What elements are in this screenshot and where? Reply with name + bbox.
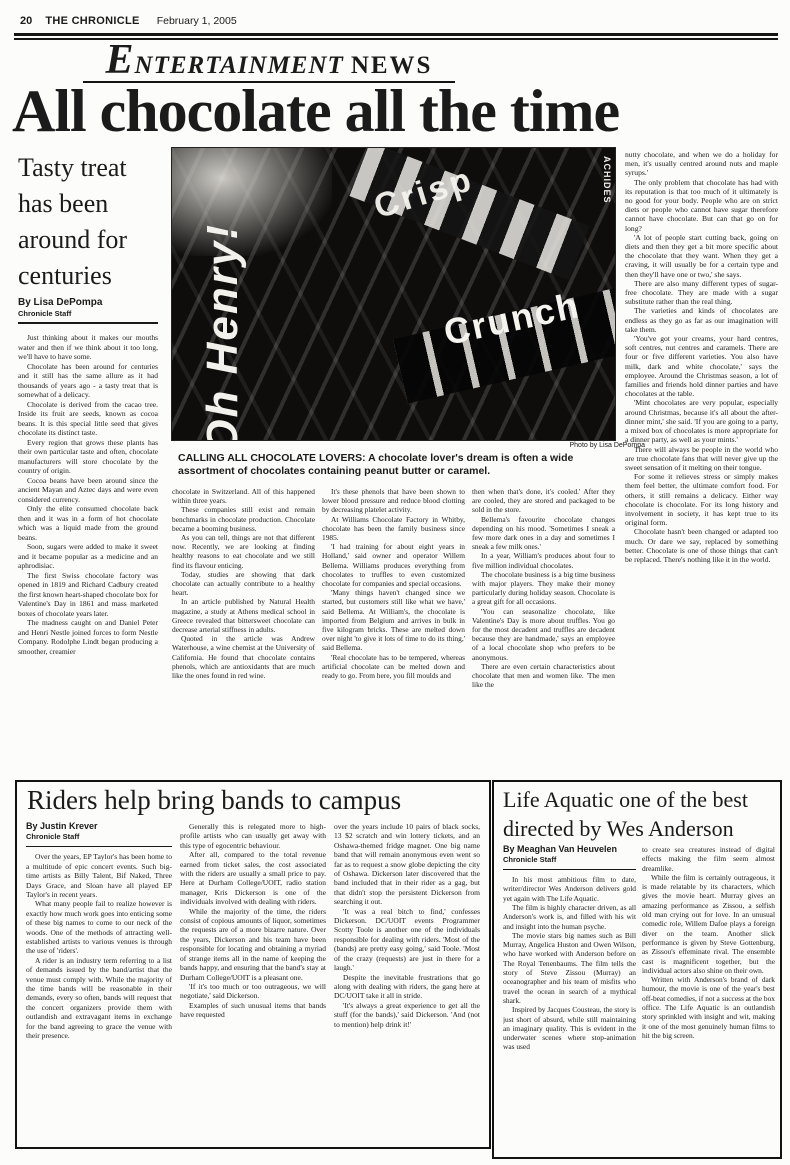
section-banner: ENTERTAINMENTNEWS — [83, 40, 455, 83]
byline-rule — [26, 846, 172, 848]
life-aquatic-headline: Life Aquatic one of the best directed by… — [503, 785, 771, 843]
caption-lead: CALLING ALL CHOCOLATE LOVERS: — [178, 452, 366, 464]
riders-headline: Riders help bring bands to campus — [27, 784, 479, 816]
byline-author: By Meaghan Van Heuvelen — [503, 845, 636, 854]
byline-role: Chronicle Staff — [18, 309, 158, 318]
riders-column-1: By Justin Krever Chronicle Staff Over th… — [26, 822, 172, 1141]
section-word-news: NEWS — [351, 52, 433, 79]
paper-name: THE CHRONICLE — [45, 15, 139, 27]
main-article-column-2: chocolate in Switzerland. All of this ha… — [172, 487, 315, 775]
life-byline-block: By Meaghan Van Heuvelen Chronicle Staff — [503, 845, 636, 870]
riders-column-3: over the years include 10 pairs of black… — [334, 822, 480, 1141]
chocolate-assortment-photo: Oh Henry! Crisp Crunch ACHIDES — [172, 148, 615, 440]
headline-line-2: directed by Wes Anderson — [503, 816, 734, 841]
masthead: 20 THE CHRONICLE February 1, 2005 — [20, 15, 237, 27]
photo-caption: CALLING ALL CHOCOLATE LOVERS: A chocolat… — [178, 452, 612, 478]
headline-line-1: Life Aquatic one of the best — [503, 787, 748, 812]
masthead-rule-thick — [14, 33, 778, 36]
life-column-1: By Meaghan Van Heuvelen Chronicle Staff … — [503, 845, 636, 1151]
riders-column-1-text: Over the years, EP Taylor's has been hom… — [26, 852, 172, 1040]
byline-author: By Lisa DePompa — [18, 297, 158, 308]
life-aquatic-article-box: Life Aquatic one of the best directed by… — [492, 780, 782, 1159]
photo-credit: Photo by Lisa DePompa — [435, 442, 645, 449]
byline-author: By Justin Krever — [26, 822, 172, 831]
byline-role: Chronicle Staff — [503, 855, 636, 864]
section-initial: E — [106, 37, 135, 83]
riders-column-2: Generally this is relegated more to high… — [180, 822, 326, 1141]
photo-wrapper-text-oh-henry: Oh Henry! — [198, 223, 248, 440]
riders-byline-block: By Justin Krever Chronicle Staff — [26, 822, 172, 847]
issue-date: February 1, 2005 — [157, 15, 237, 27]
main-byline-block: By Lisa DePompa Chronicle Staff — [18, 297, 158, 324]
byline-rule — [503, 869, 636, 871]
main-article-column-1: Just thinking about it makes our mouths … — [18, 333, 158, 776]
main-headline: All chocolate all the time — [12, 82, 786, 140]
life-column-2: to create sea creatures instead of digit… — [642, 845, 775, 1151]
section-title: NTERTAINMENT — [135, 52, 344, 79]
riders-article-box: Riders help bring bands to campus By Jus… — [15, 780, 491, 1149]
byline-rule — [18, 322, 158, 324]
photo-highlight — [172, 148, 332, 256]
main-article-column-3: It's these phenols that have been shown … — [322, 487, 465, 775]
article-subheadline: Tasty treat has been around for centurie… — [18, 150, 160, 294]
main-article-column-4: then when that's done, it's cooled.' Aft… — [472, 487, 615, 775]
life-column-1-text: In his most ambitious film to date, writ… — [503, 875, 636, 1052]
photo-wrapper-text-achides: ACHIDES — [602, 156, 612, 204]
main-article-column-5: nutty chocolate, and when we do a holida… — [625, 150, 778, 777]
byline-role: Chronicle Staff — [26, 832, 172, 841]
newspaper-page: 20 THE CHRONICLE February 1, 2005 ENTERT… — [0, 0, 790, 1165]
page-number: 20 — [20, 15, 32, 27]
